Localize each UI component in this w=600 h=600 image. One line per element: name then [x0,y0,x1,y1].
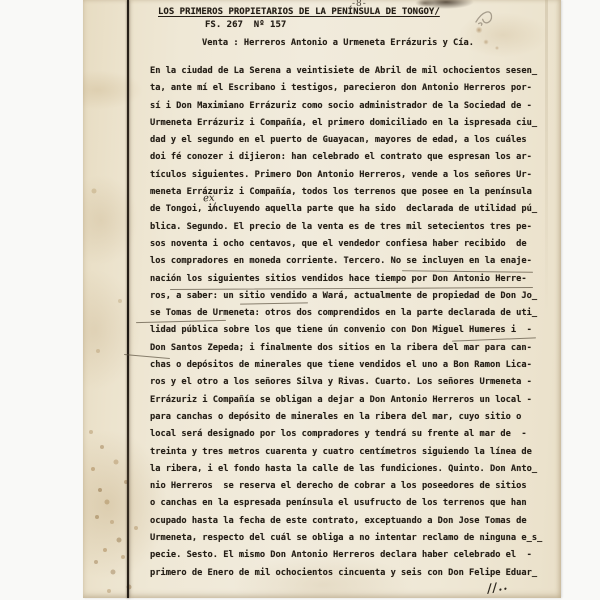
handwritten-correction: ex [203,193,215,205]
document-line: Urmeneta Errázuriz i Compañía, el primer… [150,117,540,134]
document-line: dad y el segundo en el puerto de Guayaca… [150,134,540,151]
document-line: chas o depósitos de minerales que tiene … [150,359,540,376]
folio-reference: FS. 267 Nº 157 [205,20,286,30]
document-body: En la ciudad de La Serena a veintisiete … [150,65,540,584]
document-line: Don Santos Zepeda; i finalmente dos siti… [150,342,540,359]
document-line: sos noventa i ocho centavos, que el vend… [150,238,540,255]
document-line: Errázuriz i Compañía se obligan a dejar … [150,394,540,411]
paper-stain-speckles [0,0,2,2]
document-line: nio Herreros se reserva el derecho de co… [150,480,540,497]
document-line: los compradores en moneda corriente. Ter… [150,255,540,272]
document-line: o canchas en la espresada península el u… [150,497,540,514]
page-fold-line [127,0,129,598]
document-line: blica. Segundo. El precio de la venta es… [150,221,540,238]
document-line: se Tomas de Urmeneta: otros dos comprend… [150,307,540,324]
document-line: para canchas o depósito de minerales en … [150,411,540,428]
document-line: Urmeneta, respecto del cuál se obliga a … [150,532,540,549]
document-line: En la ciudad de La Serena a veintisiete … [150,65,540,82]
document-line: local será designado por los compradores… [150,428,540,445]
document-line: tículos siguientes. Primero Don Antonio … [150,169,540,186]
document-line: ocupado hasta la fecha de este contrato,… [150,515,540,532]
document-line: sí i Don Maximiano Errázuriz como socio … [150,100,540,117]
document-line: ta, ante mí el Escribano i testigos, par… [150,82,540,99]
document-line: ros, a saber: un sitio vendido a Wará, a… [150,290,540,307]
transaction-summary: Venta : Herreros Antonio a Urmeneta Errá… [202,38,474,48]
scanned-document-photo: -8- LOS PRIMEROS PROPIETARIOS DE LA PENÍ… [0,0,600,600]
document-line: ros y el otro a los señores Silva y Riva… [150,376,540,393]
document-line: de Tongoi, incluyendo aquella parte que … [150,203,540,220]
document-line: primero de Enero de mil ochocientos cinc… [150,567,540,584]
document-line: pecie. Sesto. El mismo Don Antonio Herre… [150,549,540,566]
document-line: treinta y tres metros cuarenta y cuatro … [150,446,540,463]
document-title: LOS PRIMEROS PROPIETARIOS DE LA PENÍNSUL… [158,7,440,17]
document-line: la ribera, i el fondo hasta la calle de … [150,463,540,480]
document-line: doi fé conozer i dijieron: han celebrado… [150,151,540,168]
paper-wrinkle [545,0,548,320]
